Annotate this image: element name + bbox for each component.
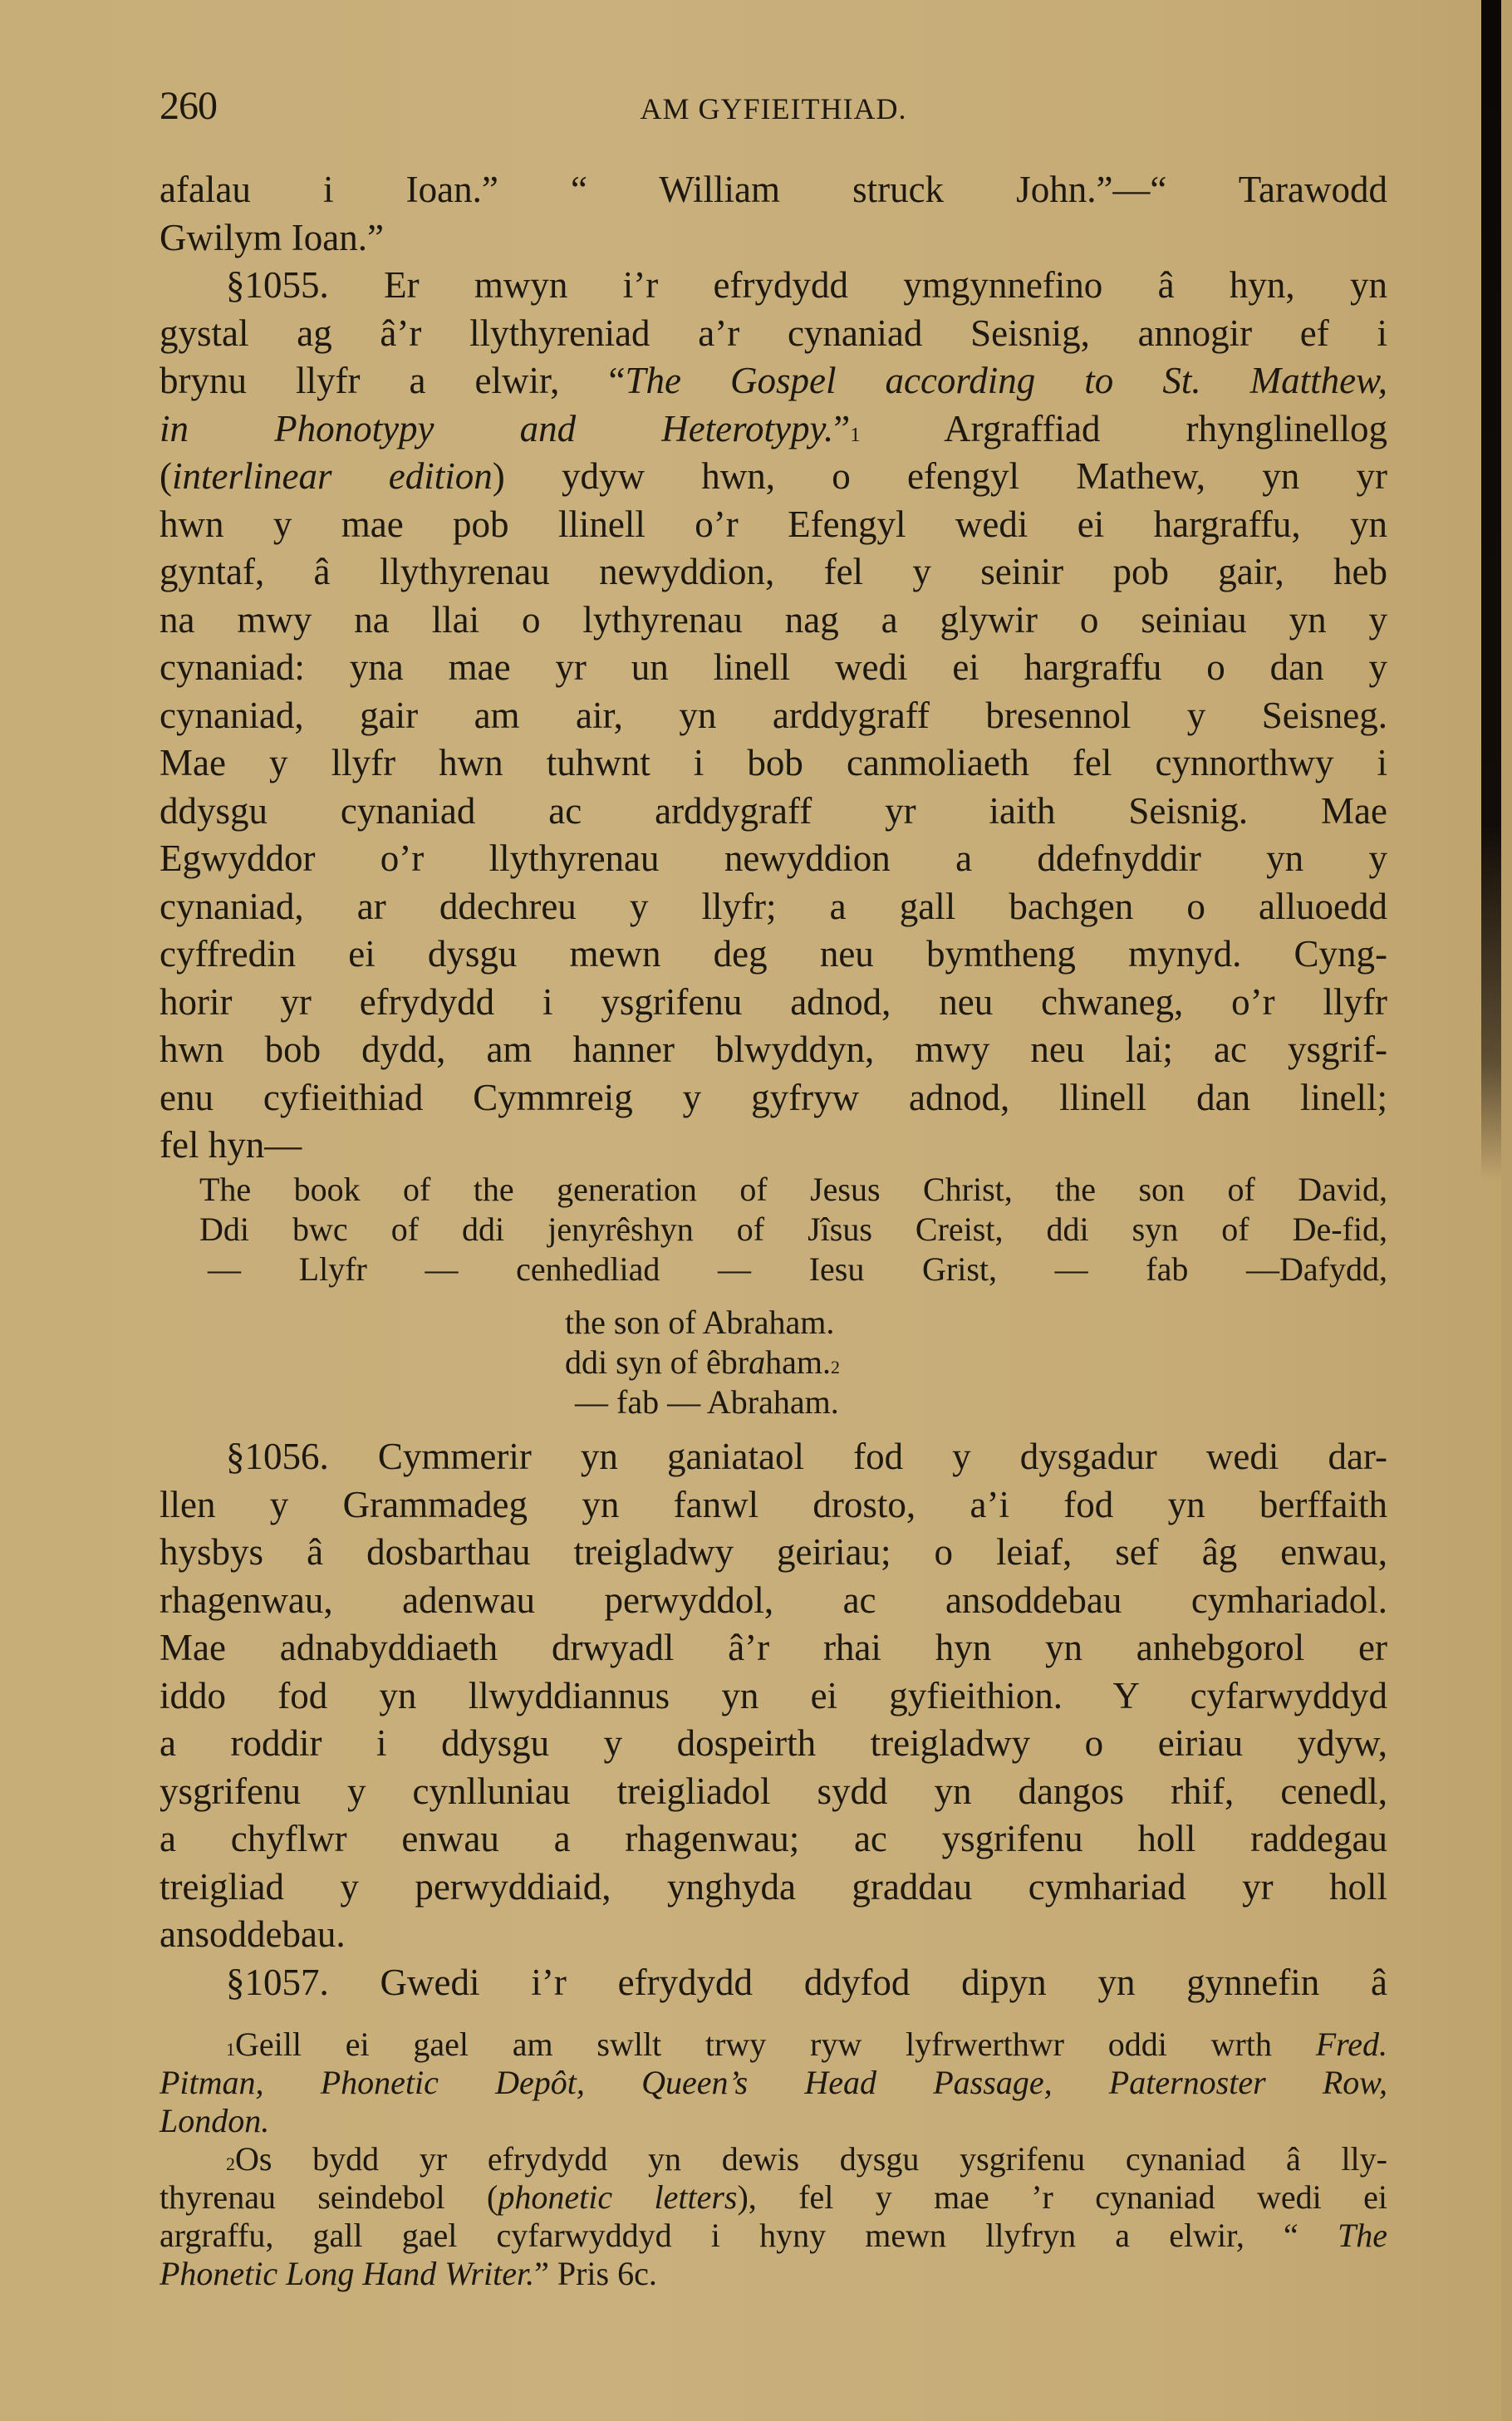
body-paragraphs: afalau i Ioan.” “ William struck John.”—… [160,166,1387,1170]
text-line: treigliad y perwyddiaid, ynghyda graddau… [160,1864,1387,1912]
interlinear-example-tail: the son of Abraham. ddi syn of êbraham.2… [565,1303,1063,1422]
text-line: cynaniad, ar ddechreu y llyfr; a gall ba… [160,883,1387,931]
phonetic-italic-letter: a [749,1343,765,1381]
text-fragment: ( [160,455,172,497]
text-fragment: ), fel y mae ’r cynaniad wedi ei [737,2178,1387,2216]
text-fragment: ” [833,408,850,449]
text-line: afalau i Ioan.” “ William struck John.”—… [160,166,1387,214]
text-line: rhagenwau, adenwau perwyddol, ac ansodde… [160,1577,1387,1625]
footnote-ref-1[interactable]: 1 [850,424,860,446]
text-line: a chyflwr enwau a rhagenwau; ac ysgrifen… [160,1815,1387,1864]
italic-phrase: phonetic letters [498,2178,737,2216]
text-line: cynaniad, gair am air, yn arddygraff bre… [160,692,1387,740]
text-fragment: ) ydyw hwn, o efengyl Mathew, yn yr [493,455,1387,497]
book-title-cont: Phonetic Long Hand Writer. [160,2255,534,2292]
text-line: ansoddebau. [160,1911,1387,1959]
text-fragment: brynu llyfr a elwir, “ [160,360,625,401]
interlinear-phonetic-tail: ddi syn of êbraham.2 [565,1343,1063,1382]
text-line: in Phonotypy and Heterotypy.”1 Argraffia… [160,405,1387,454]
footnote-1: 1Geill ei gael am swllt trwy ryw lyfrwer… [160,2026,1387,2064]
text-line: fel hyn— [160,1122,1387,1170]
footnote-2-cont: argraffu, gall gael cyfarwyddyd i hyny m… [160,2217,1387,2255]
text-fragment: ham. [765,1343,831,1381]
book-spine-edge [1481,0,1501,1180]
footnote-2-cont: Phonetic Long Hand Writer.” Pris 6c. [160,2255,1387,2293]
body-paragraphs-2: §1056. Cymmerir yn ganiataol fod y dysga… [160,1433,1387,2006]
publisher-city: London. [160,2102,269,2139]
interlinear-welsh: — Llyfr — cenhedliad — Iesu Grist, — fab… [199,1250,1387,1289]
footnote-1-cont: London. [160,2102,1387,2140]
text-fragment: argraffu, gall gael cyfarwyddyd i hyny m… [160,2217,1338,2254]
interlinear-english: The book of the generation of Jesus Chri… [199,1170,1387,1210]
text-line: gyntaf, â llythyrenau newyddion, fel y s… [160,548,1387,597]
text-line: hwn y mae pob llinell o’r Efengyl wedi e… [160,501,1387,549]
section-1055-start: §1055. Er mwyn i’r efrydydd ymgynnefino … [160,262,1387,310]
text-line: horir yr efrydydd i ysgrifenu adnod, neu… [160,979,1387,1027]
text-line: Egwyddor o’r llythyrenau newyddion a dde… [160,835,1387,883]
footnote-2: 2Os bydd yr efrydydd yn dewis dysgu ysgr… [160,2140,1387,2178]
text-line: Mae adnabyddiaeth drwyadl â’r rhai hyn y… [160,1624,1387,1672]
text-line: cynaniad: yna mae yr un linell wedi ei h… [160,644,1387,692]
text-line: (interlinear edition) ydyw hwn, o efengy… [160,453,1387,501]
footnote-ref-2[interactable]: 2 [831,1357,840,1377]
interlinear-example: The book of the generation of Jesus Chri… [199,1170,1387,1289]
text-line: a roddir i ddysgu y dospeirth treigladwy… [160,1720,1387,1768]
text-line: hysbys â dosbarthau treigladwy geiriau; … [160,1529,1387,1577]
page-header: 260 AM GYFIEITHIAD. [160,83,1387,133]
text-line: Gwilym Ioan.” [160,214,1387,263]
text-line: llen y Grammadeg yn fanwl drosto, a’i fo… [160,1481,1387,1530]
text-line: brynu llyfr a elwir, “The Gospel accordi… [160,357,1387,405]
section-1057-start: §1057. Gwedi i’r efrydydd ddyfod dipyn y… [160,1959,1387,2007]
text-fragment: thyrenau seindebol ( [160,2178,498,2216]
text-fragment: Geill ei gael am swllt trwy ryw lyfrwert… [235,2026,1316,2063]
text-line: cyffredin ei dysgu mewn deg neu bymtheng… [160,931,1387,979]
running-title: AM GYFIEITHIAD. [160,91,1387,126]
text-line: Mae y llyfr hwn tuhwnt i bob canmoliaeth… [160,739,1387,788]
text-line: na mwy na llai o lythyrenau nag a glywir… [160,597,1387,645]
text-fragment: Argraffiad rhynglinellog [861,408,1387,449]
footnote-marker: 2 [226,2153,235,2174]
footnote-1-cont: Pitman, Phonetic Depôt, Queen’s Head Pas… [160,2064,1387,2102]
text-line: enu cyfieithiad Cymmreig y gyfryw adnod,… [160,1074,1387,1122]
text-line: ddysgu cynaniad ac arddygraff yr iaith S… [160,788,1387,836]
interlinear-phonetic: Ddi bwc of ddi jenyrêshyn of Jîsus Creis… [199,1210,1387,1250]
interlinear-english-tail: the son of Abraham. [565,1303,1063,1343]
footnote-marker: 1 [226,2039,235,2060]
footnotes: 1Geill ei gael am swllt trwy ryw lyfrwer… [160,2026,1387,2293]
text-line: iddo fod yn llwyddiannus yn ei gyfieithi… [160,1672,1387,1721]
interlinear-welsh-tail: — fab — Abraham. [565,1382,1063,1422]
italic-phrase: interlinear edition [172,455,493,497]
text-fragment: ” Pris 6c. [534,2255,657,2292]
book-title: The Gospel according to St. Matthew, [625,360,1387,401]
publisher-name: Fred. [1316,2026,1387,2063]
footnote-2-cont: thyrenau seindebol (phonetic letters), f… [160,2178,1387,2217]
text-line: ysgrifenu y cynlluniau treigliadol sydd … [160,1768,1387,1816]
book-title: The [1338,2217,1387,2254]
publisher-address: Pitman, Phonetic Depôt, Queen’s Head Pas… [160,2064,1387,2101]
section-1056-start: §1056. Cymmerir yn ganiataol fod y dysga… [160,1433,1387,1481]
text-fragment: Os bydd yr efrydydd yn dewis dysgu ysgri… [235,2140,1387,2178]
page-edge [1501,0,1512,2421]
book-title-cont: in Phonotypy and Heterotypy. [160,408,833,449]
text-line: gystal ag â’r llythyreniad a’r cynaniad … [160,310,1387,358]
text-line: hwn bob dydd, am hanner blwyddyn, mwy ne… [160,1026,1387,1074]
text-fragment: ddi syn of êbr [565,1343,749,1381]
